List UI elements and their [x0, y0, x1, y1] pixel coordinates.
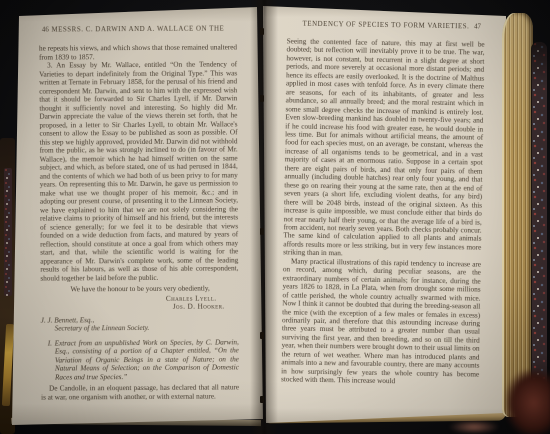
- left-running-header-text: MESSRS. C. DARWIN AND A. WALLACE ON THE: [39, 25, 237, 33]
- paragraph-illustrations: Many practical illustrations of this rap…: [281, 257, 481, 387]
- signature-hooker: Jos. D. Hooker.: [41, 302, 239, 312]
- book-photo: 46 MESSRS. C. DARWIN AND A. WALLACE ON T…: [0, 0, 550, 434]
- binding-stitch: [260, 95, 264, 102]
- cover-marbled-paper: [4, 168, 12, 296]
- binding-stitch: [260, 228, 264, 235]
- paragraph-de-candolle: De Candolle, in an eloquent passage, has…: [41, 383, 239, 401]
- right-body-text: Seeing the contented face of nature, thi…: [281, 37, 485, 387]
- left-page-content: 46 MESSRS. C. DARWIN AND A. WALLACE ON T…: [39, 25, 239, 401]
- finger-shadow: [506, 370, 550, 434]
- paragraph-wallace-essay: 3. An Essay by Mr. Wallace, entitled “On…: [39, 60, 238, 282]
- letter-closing-line: We have the honour to be yours very obed…: [40, 284, 238, 294]
- left-running-head: 46 MESSRS. C. DARWIN AND A. WALLACE ON T…: [39, 25, 237, 36]
- addressee-title: Secretary of the Linnean Society.: [41, 323, 239, 333]
- fore-edge-page-stack: [502, 13, 533, 417]
- left-body-text: he repeats his views, and which shows th…: [39, 43, 239, 401]
- binding-stitch: [260, 332, 264, 339]
- paragraph-continuation: he repeats his views, and which shows th…: [39, 43, 237, 61]
- finger-highlight: [448, 420, 500, 434]
- section-heading-extract: I. Extract from an unpublished Work on S…: [41, 338, 239, 382]
- right-folio-number: 47: [474, 23, 481, 30]
- binding-stitch: [260, 28, 264, 35]
- cover-gilt-edge: [2, 324, 14, 406]
- binding-stitch: [260, 396, 264, 403]
- right-page-content: TENDENCY OF SPECIES TO FORM VARIETIES. 4…: [281, 20, 485, 387]
- right-running-head: TENDENCY OF SPECIES TO FORM VARIETIES. 4…: [287, 20, 485, 33]
- right-running-header-text: TENDENCY OF SPECIES TO FORM VARIETIES.: [287, 20, 485, 30]
- marbled-edge: [531, 42, 547, 410]
- paragraph-struggle: Seeing the contented face of nature, thi…: [283, 37, 485, 260]
